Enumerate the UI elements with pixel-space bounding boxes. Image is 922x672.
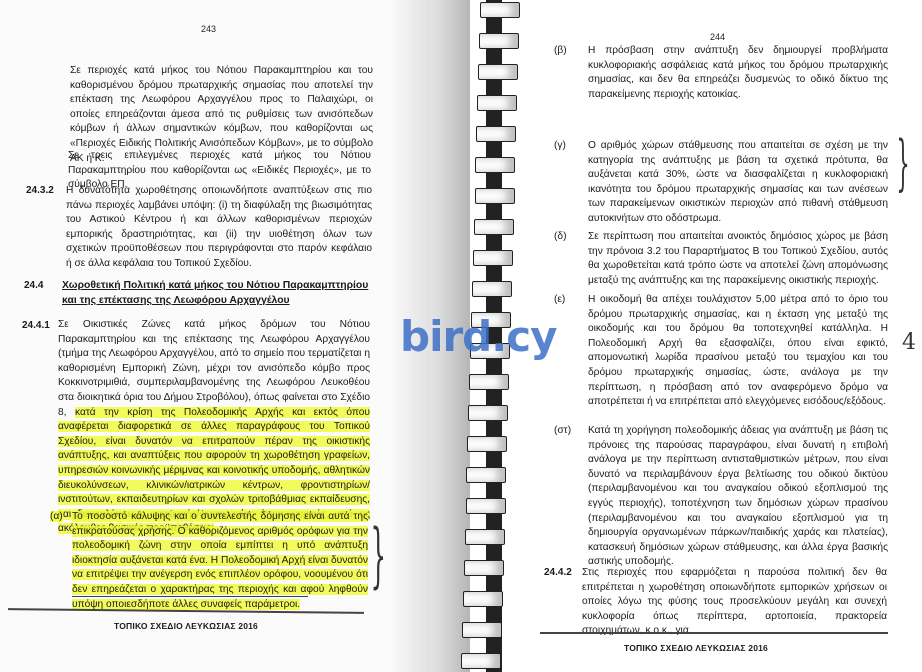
binding-ring: [461, 653, 501, 669]
item-label: (δ): [554, 231, 566, 242]
binding-ring: [462, 622, 502, 638]
item-label: (ε): [554, 294, 565, 305]
list-item: Η οικοδομή θα απέχει τουλάχιστον 5,00 μέ…: [588, 293, 888, 410]
ink-underline: [72, 596, 308, 597]
margin-note: 4: [902, 330, 916, 355]
item-label: (στ): [554, 425, 571, 436]
binding-ring: [464, 560, 504, 576]
right-page: 244 (β)Η πρόσβαση στην ανάπτυξη δεν δημι…: [530, 0, 922, 672]
brace-annotation-icon: }: [896, 133, 909, 193]
binding-ring: [475, 157, 515, 173]
list-item: Κατά τη χορήγηση πολεοδομικής άδειας για…: [588, 424, 888, 570]
section-number: 24.4.2: [544, 567, 572, 578]
binding-ring: [475, 188, 515, 204]
item-label: (β): [554, 45, 567, 56]
section-title: Χωροθετική Πολιτική κατά μήκος του Νότιο…: [62, 278, 372, 308]
binding-ring: [466, 467, 506, 483]
binding-ring: [476, 126, 516, 142]
footer-rule: [540, 632, 888, 634]
section-24-4-1-text: Σε Οικιστικές Ζώνες κατά μήκος δρόμων το…: [58, 318, 370, 537]
binding-ring: [468, 405, 508, 421]
page-number: 244: [710, 32, 725, 42]
binding-ring: [465, 529, 505, 545]
section-24-3-2-text: Η δυνατότητα χωροθέτησης οποιωνδήποτε αν…: [66, 184, 372, 272]
list-item: Ο αριθμός χώρων στάθμευσης που απαιτείτα…: [588, 139, 888, 227]
section-24-4-2-text: Στις περιοχές που εφαρμόζεται η παρούσα …: [582, 566, 887, 639]
item-label: (α): [50, 511, 63, 522]
binding-ring: [479, 33, 519, 49]
binding-ring: [477, 95, 517, 111]
page-number: 243: [201, 24, 216, 34]
left-page: 243 Σε περιοχές κατά μήκος του Νότιου Πα…: [0, 0, 430, 672]
list-item: Σε περίπτωση που απαιτείται ανοικτός δημ…: [588, 230, 888, 288]
footer: ΤΟΠΙΚΟ ΣΧΕΔΙΟ ΛΕΥΚΩΣΙΑΣ 2016: [624, 643, 768, 653]
binding-ring: [474, 219, 514, 235]
binding-ring: [467, 436, 507, 452]
plain-text: Σε Οικιστικές Ζώνες κατά μήκος δρόμων το…: [58, 319, 370, 418]
list-item: Η πρόσβαση στην ανάπτυξη δεν δημιουργεί …: [588, 44, 888, 102]
binding-ring: [469, 374, 509, 390]
item-label: (γ): [554, 140, 566, 151]
binding-ring: [480, 2, 520, 18]
binding-ring: [472, 281, 512, 297]
binding-ring: [478, 64, 518, 80]
section-number: 24.4.1: [22, 320, 50, 331]
binding-ring: [466, 498, 506, 514]
section-number: 24.3.2: [26, 185, 54, 196]
brace-annotation-icon: }: [370, 520, 386, 590]
binding-ring: [473, 250, 513, 266]
section-number: 24.4: [24, 280, 43, 291]
watermark-logo: bird.cy: [400, 312, 556, 361]
binding-ring: [463, 591, 503, 607]
footer: ΤΟΠΙΚΟ ΣΧΕΔΙΟ ΛΕΥΚΩΣΙΑΣ 2016: [114, 621, 258, 631]
